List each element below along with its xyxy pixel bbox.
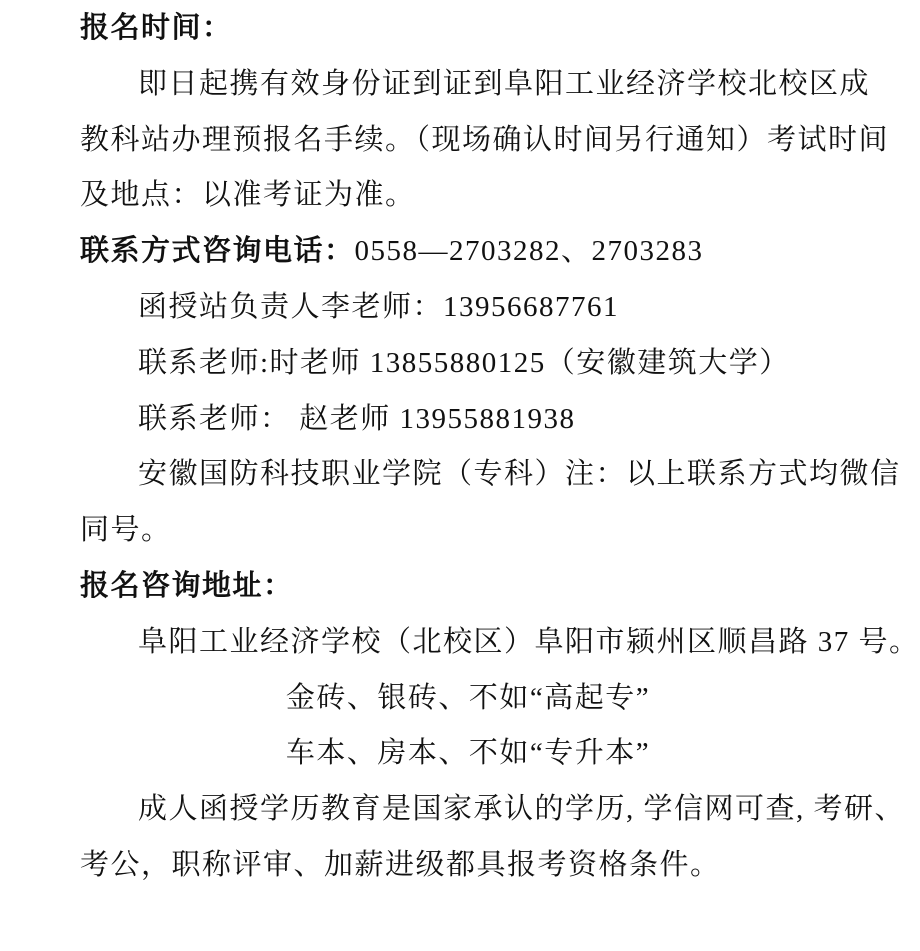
document-page: { "page": { "background": "#ffffff", "te…	[0, 0, 920, 951]
para-registration-procedure-line-2: 教科站办理预报名手续。（现场确认时间另行通知）考试时间	[80, 113, 856, 169]
contact-phone-label: 联系方式咨询电话：	[80, 235, 355, 267]
heading-registration-time: 报名时间：	[80, 1, 856, 57]
para-registration-procedure-line-1: 即日起携有效身份证到证到阜阳工业经济学校北校区成	[80, 57, 856, 113]
address-line: 阜阳工业经济学校（北校区）阜阳市颍州区顺昌路 37 号。	[80, 615, 856, 671]
document-body: 报名时间： 即日起携有效身份证到证到阜阳工业经济学校北校区成 教科站办理预报名手…	[80, 1, 856, 894]
para-education-value-line-1: 成人函授学历教育是国家承认的学历, 学信网可查, 考研、	[80, 782, 856, 838]
contact-phone-line: 联系方式咨询电话：0558—2703282、2703283	[80, 224, 856, 280]
note-wechat-line-1: 安徽国防科技职业学院（专科）注：以上联系方式均微信	[80, 447, 856, 503]
para-registration-procedure-line-3: 及地点：以准考证为准。	[80, 168, 856, 224]
note-wechat-line-2: 同号。	[80, 503, 856, 559]
slogan-zhuanshengben: 车本、房本、不如“专升本”	[80, 726, 856, 782]
contact-li-teacher-line: 函授站负责人李老师：13956687761	[80, 280, 856, 336]
contact-phone-numbers: 0558—2703282、2703283	[355, 235, 704, 267]
para-education-value-line-2: 考公，职称评审、加薪进级都具报考资格条件。	[80, 838, 856, 894]
contact-shi-teacher-line: 联系老师:时老师 13855880125（安徽建筑大学）	[80, 336, 856, 392]
contact-zhao-teacher-line: 联系老师： 赵老师 13955881938	[80, 392, 856, 448]
heading-consult-address: 报名咨询地址：	[80, 559, 856, 615]
slogan-gaoqizhuan: 金砖、银砖、不如“高起专”	[80, 671, 856, 727]
